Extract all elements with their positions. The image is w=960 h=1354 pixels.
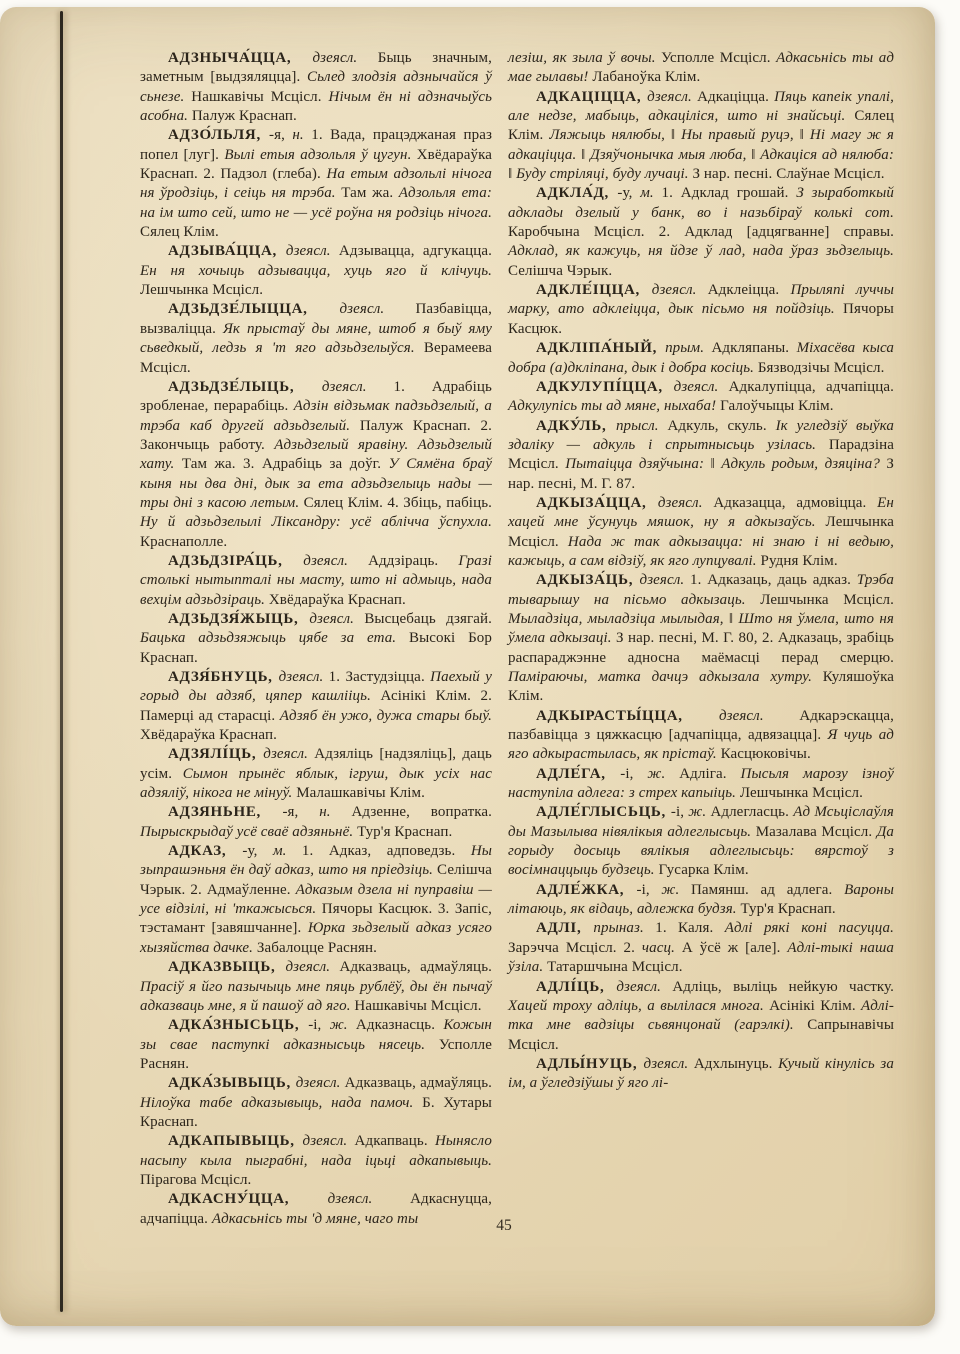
- headword: АДКЫЗА́ЦЦА,: [536, 495, 658, 511]
- italic-text: дзеясл.: [339, 301, 415, 317]
- headword: АДКА́ЗНЫСЬЦЬ,: [168, 1017, 308, 1033]
- plain-text: Адкаціцца.: [697, 89, 774, 105]
- dictionary-entry: АДКЫРАСТЫ́ЦЦА, дзеясл. Адкарэскацца, паз…: [508, 707, 894, 765]
- italic-text: Ну й адзьдзелылі Ліксандру: усё аблічча …: [140, 514, 492, 530]
- dictionary-entry: АДКУЛУПІ́ЦЦА, дзеясл. Адкалупіцца, адчап…: [508, 378, 894, 417]
- plain-text: Тур'я Краснап.: [357, 824, 452, 840]
- headword: АДКЛЕ́ІЦЦА,: [536, 282, 652, 298]
- italic-text: н.: [319, 804, 351, 820]
- dictionary-entry: АДЗЯНЬНЕ, -я, н. Адзенне, вопратка. Пыры…: [140, 803, 492, 842]
- plain-text: Адказваць, адмаўляць.: [340, 959, 492, 975]
- plain-text: Краснаполле.: [140, 534, 227, 550]
- plain-text: -у,: [242, 843, 273, 859]
- text-column-right: лезіш, як зыла ў вочы. Усполле Мсцісл. А…: [508, 49, 894, 1094]
- dictionary-entry: АДЛІ, прыназ. 1. Каля. Адлі рякі коні па…: [508, 919, 894, 977]
- plain-text: Адкуль, скуль.: [667, 418, 775, 434]
- italic-text: дзеясл.: [328, 1191, 410, 1207]
- italic-text: дзеясл.: [285, 959, 339, 975]
- plain-text: Хвёдараўка Краснап.: [269, 592, 406, 608]
- headword: АДЗЬДЗІРА́ЦЬ,: [168, 553, 303, 569]
- italic-text: н.: [292, 127, 311, 143]
- plain-text: Лешчынка Мсцісл.: [760, 592, 894, 608]
- dictionary-entry: АДКЫЗА́ЦЬ, дзеясл. 1. Адказаць, даць адк…: [508, 571, 894, 706]
- italic-text: прыназ.: [593, 920, 655, 936]
- plain-text: Аддзіраць.: [368, 553, 458, 569]
- italic-text: дзеясл.: [303, 1133, 355, 1149]
- plain-text: Рудня Клім.: [761, 553, 838, 569]
- plain-text: Адкляпаны.: [711, 340, 796, 356]
- text-column-left: АДЗНЫЧА́ЦЦА, дзеясл. Быць значным, замет…: [140, 49, 492, 1229]
- italic-text: дзеясл.: [616, 979, 672, 995]
- dictionary-entry: АДЗО́ЛЬЛЯ, -я, н. 1. Вада, працэджаная п…: [140, 126, 492, 242]
- dictionary-entry: АДКАПЫВЫЦЬ, дзеясл. Адкапваць. Нынясло н…: [140, 1132, 492, 1190]
- italic-text: ж.: [688, 804, 710, 820]
- italic-text: м.: [640, 185, 661, 201]
- italic-text: дзеясл.: [674, 379, 729, 395]
- plain-text: Нашкавічы Мсцісл.: [354, 998, 481, 1014]
- dictionary-entry: лезіш, як зыла ў вочы. Усполле Мсцісл. А…: [508, 49, 894, 88]
- plain-text: Адзенне, вопратка.: [351, 804, 492, 820]
- headword: АДКА́ЗЫВЫЦЬ,: [168, 1075, 296, 1091]
- italic-text: Адклад, як кажуць, ня йдзе ў лад, нада ў…: [508, 243, 894, 259]
- plain-text: Адхлынуць.: [694, 1056, 778, 1072]
- plain-text: Каробчына Мсцісл. 2. Адклад [адцягванне]…: [508, 224, 894, 240]
- dictionary-entry: АДЛЕ́ЖКА, -і, ж. Памянш. ад адлега. Варо…: [508, 881, 894, 920]
- headword: АДКЛА́Д,: [536, 185, 617, 201]
- book-binding-edge: [60, 11, 63, 1312]
- dictionary-entry: АДЗЬДЗІРА́ЦЬ, дзеясл. Аддзіраць. Гразі с…: [140, 552, 492, 610]
- headword: АДКУ́ЛЬ,: [536, 418, 616, 434]
- italic-text: Хацей троху адліць, а вылілася многа.: [508, 998, 769, 1014]
- plain-text: 1. Адказаць, даць адказ.: [690, 572, 857, 588]
- plain-text: Адкапваць.: [355, 1133, 435, 1149]
- dictionary-page-scan: АДЗНЫЧА́ЦЦА, дзеясл. Быць значным, замет…: [0, 7, 935, 1326]
- dictionary-entry: АДКЛІПА́НЫЙ, прым. Адкляпаны. Міхасёва к…: [508, 339, 894, 378]
- headword: АДКУЛУПІ́ЦЦА,: [536, 379, 674, 395]
- dictionary-entry: АДЗНЫЧА́ЦЦА, дзеясл. Быць значным, замет…: [140, 49, 492, 126]
- italic-text: Пытаіцца дзяўчына: ‖ Адкуль родым, дзяці…: [565, 456, 886, 472]
- headword: АДКЫРАСТЫ́ЦЦА,: [536, 708, 719, 724]
- plain-text: Памянш. ад адлега.: [691, 882, 844, 898]
- italic-text: дзеясл.: [322, 379, 394, 395]
- plain-text: Адказацца, адмовіцца.: [713, 495, 877, 511]
- headword: АДЛЕ́ЖКА,: [536, 882, 637, 898]
- italic-text: дзеясл.: [647, 89, 697, 105]
- italic-text: дзеясл.: [296, 1075, 345, 1091]
- plain-text: Там жа. 3. Адрабіць за доўг.: [182, 456, 389, 472]
- dictionary-entry: АДЛІ́ЦЬ, дзеясл. Адліць, выліць нейкую ч…: [508, 978, 894, 1055]
- headword: АДЗЫВА́ЦЦА,: [168, 243, 286, 259]
- plain-text: Татаршчына Мсцісл.: [547, 959, 682, 975]
- plain-text: 1. Застудзіцца.: [329, 669, 430, 685]
- dictionary-entry: АДЛЕ́ГЛЫСЬЦЬ, -і, ж. Адлегласць. Ад Мсьц…: [508, 803, 894, 880]
- plain-text: Адзывацца, адгукацца.: [339, 243, 492, 259]
- italic-text: Нілоўка табе адказывыць, нада памоч.: [140, 1095, 422, 1111]
- plain-text: Нашкавічы Мсцісл.: [191, 89, 328, 105]
- plain-text: -я,: [282, 804, 319, 820]
- headword: АДКАПЫВЫЦЬ,: [168, 1133, 303, 1149]
- headword: АДЗЬДЗЯ́ЖЫЦЬ,: [168, 611, 309, 627]
- headword: АДКЫЗА́ЦЬ,: [536, 572, 640, 588]
- italic-text: Паміраючы, матка дачцэ адкызала хутру.: [508, 669, 823, 685]
- italic-text: дзеясл.: [652, 282, 708, 298]
- headword: АДЛІ́ЦЬ,: [536, 979, 616, 995]
- headword: АДЗЯЛІ́ЦЬ,: [168, 746, 263, 762]
- italic-text: Бацька адзьдзяжыць цябе за ета.: [140, 630, 409, 646]
- italic-text: прысл.: [616, 418, 668, 434]
- plain-text: -я,: [269, 127, 292, 143]
- dictionary-entry: АДКАСНУ́ЦЦА, дзеясл. Адкаснуцца, адчапіц…: [140, 1190, 492, 1229]
- plain-text: Там жа.: [341, 185, 399, 201]
- dictionary-entry: АДКЫЗА́ЦЦА, дзеясл. Адказацца, адмовіцца…: [508, 494, 894, 571]
- headword: АДЗНЫЧА́ЦЦА,: [168, 50, 312, 66]
- italic-text: ж.: [661, 882, 691, 898]
- headword: АДКАЦІЦЦА,: [536, 89, 647, 105]
- dictionary-entry: АДКА́ЗЫВЫЦЬ, дзеясл. Адказваць, адмаўляц…: [140, 1074, 492, 1132]
- dictionary-entry: АДКА́ЗНЫСЬЦЬ, -і, ж. Адказнасць. Кожын з…: [140, 1016, 492, 1074]
- plain-text: Галоўчыцы Клім.: [720, 398, 833, 414]
- italic-text: Адлі рякі коні пасуцца.: [725, 920, 894, 936]
- italic-text: дзеясл.: [279, 669, 329, 685]
- dictionary-entry: АДЛЕ́ГА, -і, ж. Адліга. Пысьля марозу із…: [508, 765, 894, 804]
- plain-text: -і,: [671, 804, 688, 820]
- italic-text: лезіш, як зыла ў вочы.: [508, 50, 661, 66]
- headword: АДКАСНУ́ЦЦА,: [168, 1191, 328, 1207]
- plain-text: -і,: [308, 1017, 330, 1033]
- plain-text: -і,: [637, 882, 662, 898]
- plain-text: -і,: [620, 766, 647, 782]
- plain-text: Лешчынка Мсцісл.: [140, 282, 263, 298]
- headword: АДЛІ,: [536, 920, 593, 936]
- italic-text: Адкасьнісь ты 'д мяне, чаго ты: [212, 1211, 418, 1227]
- italic-text: дзеясл.: [312, 50, 377, 66]
- plain-text: Селішча Чэрык.: [508, 263, 612, 279]
- plain-text: А ўсё ж [але].: [682, 940, 787, 956]
- dictionary-entry: АДКАЗВЫЦЬ, дзеясл. Адказваць, адмаўляць.…: [140, 958, 492, 1016]
- plain-text: Зарэчча Мсцісл. 2.: [508, 940, 642, 956]
- dictionary-entry: АДЗЬДЗЯ́ЖЫЦЬ, дзеясл. Высцебаць дзягай. …: [140, 610, 492, 668]
- dictionary-entry: АДЛЫ́НУЦЬ, дзеясл. Адхлынуць. Кучый кіну…: [508, 1055, 894, 1094]
- dictionary-entry: АДКЛА́Д, -у, м. 1. Адклад грошай. З зыра…: [508, 184, 894, 281]
- italic-text: ж.: [647, 766, 679, 782]
- dictionary-entry: АДЗЯ́БНУЦЬ, дзеясл. 1. Застудзіцца. Паех…: [140, 668, 492, 745]
- plain-text: Лабаноўка Клім.: [592, 69, 700, 85]
- italic-text: дзеясл.: [303, 553, 368, 569]
- plain-text: -у,: [617, 185, 640, 201]
- dictionary-entry: АДКУ́ЛЬ, прысл. Адкуль, скуль. Ік угледз…: [508, 417, 894, 494]
- plain-text: Хвёдараўка Краснап.: [140, 727, 277, 743]
- plain-text: Бязводзічы Мсцісл.: [758, 360, 885, 376]
- italic-text: Адкулупісь ты ад мяне, ныхаба!: [508, 398, 720, 414]
- italic-text: Ен ня хочыць адзывацца, хуць яго й клічу…: [140, 263, 492, 279]
- italic-text: дзеясл.: [658, 495, 714, 511]
- plain-text: 1. Адказ, адповедзь.: [302, 843, 471, 859]
- headword: АДЗЯ́БНУЦЬ,: [168, 669, 279, 685]
- plain-text: Адліць, выліць нейкую частку.: [672, 979, 894, 995]
- italic-text: дзеясл.: [640, 572, 691, 588]
- dictionary-entry: АДКАЗ, -у, м. 1. Адказ, адповедзь. Ны зы…: [140, 842, 492, 958]
- page-number: 45: [480, 1217, 528, 1235]
- plain-text: Лешчынка Мсцісл.: [740, 785, 863, 801]
- plain-text: Палуж Краснап.: [192, 108, 297, 124]
- plain-text: 1. Адклад грошай.: [662, 185, 797, 201]
- italic-text: дзеясл.: [309, 611, 364, 627]
- plain-text: Адліга.: [679, 766, 740, 782]
- headword: АДЛЕ́ГА,: [536, 766, 620, 782]
- italic-text: Пырыскрыдаў усё сваё адзяньнё.: [140, 824, 357, 840]
- dictionary-entry: АДЗЫВА́ЦЦА, дзеясл. Адзывацца, адгукацца…: [140, 242, 492, 300]
- plain-text: Асінікі Клім.: [769, 998, 861, 1014]
- plain-text: Адклеіцца.: [708, 282, 791, 298]
- plain-text: Забалоцце Раснян.: [257, 940, 377, 956]
- italic-text: м.: [273, 843, 302, 859]
- plain-text: Малашкавічы Клім.: [296, 785, 425, 801]
- headword: АДЗЯНЬНЕ,: [168, 804, 282, 820]
- italic-text: Адзяб ён ужо, дужа стары быў.: [280, 708, 492, 724]
- plain-text: Касцюковічы.: [721, 746, 811, 762]
- italic-text: дзеясл.: [286, 243, 339, 259]
- plain-text: Высцебаць дзягай.: [364, 611, 492, 627]
- plain-text: Адказнасць.: [356, 1017, 443, 1033]
- plain-text: Адкалупіцца, адчапіцца.: [729, 379, 894, 395]
- plain-text: 1. Каля.: [655, 920, 724, 936]
- dictionary-entry: АДЗЬДЗЕ́ЛЫЦЬ, дзеясл. 1. Адрабіць зробле…: [140, 378, 492, 552]
- italic-text: дзеясл.: [719, 708, 799, 724]
- dictionary-entry: АДКАЦІЦЦА, дзеясл. Адкаціцца. Пяць капеі…: [508, 88, 894, 185]
- plain-text: Адказваць, адмаўляць.: [345, 1075, 492, 1091]
- plain-text: Усполле Мсцісл.: [661, 50, 776, 66]
- headword: АДЗЬДЗЕ́ЛЫЦЬ,: [168, 379, 322, 395]
- plain-text: Сялец Клім.: [140, 224, 219, 240]
- dictionary-entry: АДЗЬДЗЕ́ЛЫЦЦА, дзеясл. Пазбавіцца, вызва…: [140, 300, 492, 377]
- headword: АДКАЗ,: [168, 843, 242, 859]
- italic-text: дзеясл.: [263, 746, 314, 762]
- dictionary-entry: АДЗЯЛІ́ЦЬ, дзеясл. Адзяліць [надзяліць],…: [140, 745, 492, 803]
- headword: АДКЛІПА́НЫЙ,: [536, 340, 665, 356]
- dictionary-entry: АДКЛЕ́ІЦЦА, дзеясл. Адклеіцца. Прыляпі л…: [508, 281, 894, 339]
- italic-text: часц.: [642, 940, 682, 956]
- italic-text: прым.: [665, 340, 711, 356]
- plain-text: Мазалава Мсцісл.: [756, 824, 877, 840]
- plain-text: З нар. песні. Слаўнае Мсцісл.: [692, 166, 884, 182]
- plain-text: Адлегласць.: [710, 804, 793, 820]
- headword: АДКАЗВЫЦЬ,: [168, 959, 285, 975]
- plain-text: Гусарка Клім.: [658, 862, 748, 878]
- headword: АДЗО́ЛЬЛЯ,: [168, 127, 269, 143]
- plain-text: Пірагова Мсцісл.: [140, 1172, 251, 1188]
- plain-text: Тур'я Краснап.: [740, 901, 835, 917]
- italic-text: Вылі етыя адзольля ў цугун.: [224, 147, 416, 163]
- italic-text: дзеясл.: [644, 1056, 694, 1072]
- headword: АДЗЬДЗЕ́ЛЫЦЦА,: [168, 301, 339, 317]
- headword: АДЛЕ́ГЛЫСЬЦЬ,: [536, 804, 671, 820]
- plain-text: Сялец Клім. 4. Збіць, пабіць.: [304, 495, 492, 511]
- headword: АДЛЫ́НУЦЬ,: [536, 1056, 644, 1072]
- italic-text: ж.: [330, 1017, 356, 1033]
